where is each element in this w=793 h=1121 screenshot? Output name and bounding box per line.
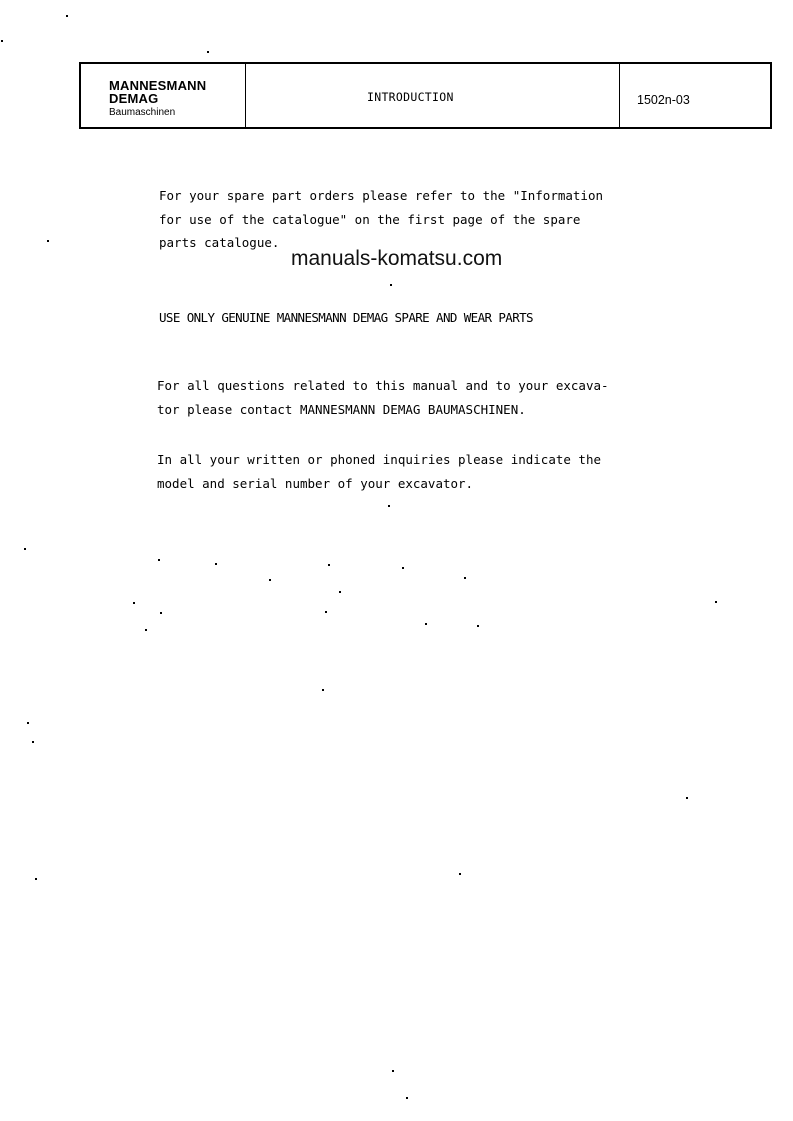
speck xyxy=(686,797,688,799)
text-line: For all questions related to this manual… xyxy=(157,378,609,393)
text-line: For your spare part orders please refer … xyxy=(159,188,603,203)
speck xyxy=(160,612,162,614)
text-line: USE ONLY GENUINE MANNESMANN DEMAG SPARE … xyxy=(159,310,533,325)
speck xyxy=(392,1070,394,1072)
code-cell: 1502n-03 xyxy=(620,64,770,127)
watermark: manuals-komatsu.com xyxy=(291,247,502,271)
title-cell: INTRODUCTION xyxy=(246,64,620,127)
speck xyxy=(322,689,324,691)
text-line: parts catalogue. xyxy=(159,235,279,250)
speck xyxy=(269,579,271,581)
speck xyxy=(464,577,466,579)
text-line: model and serial number of your excavato… xyxy=(157,476,473,491)
text-line: tor please contact MANNESMANN DEMAG BAUM… xyxy=(157,402,526,417)
document-header: MANNESMANN DEMAG Baumaschinen INTRODUCTI… xyxy=(79,62,772,129)
speck xyxy=(32,741,34,743)
text-line: for use of the catalogue" on the first p… xyxy=(159,212,580,227)
speck xyxy=(388,505,390,507)
speck xyxy=(215,563,217,565)
speck xyxy=(425,623,427,625)
speck xyxy=(145,629,147,631)
speck xyxy=(715,601,717,603)
speck xyxy=(477,625,479,627)
brand-subtitle: Baumaschinen xyxy=(109,107,175,118)
speck xyxy=(24,548,26,550)
paragraph-genuine-parts-notice: USE ONLY GENUINE MANNESMANN DEMAG SPARE … xyxy=(159,306,533,330)
document-code: 1502n-03 xyxy=(637,93,690,107)
page-title: INTRODUCTION xyxy=(367,90,454,104)
speck xyxy=(133,602,135,604)
speck xyxy=(1,40,3,42)
speck xyxy=(207,51,209,53)
brand-logo-cell: MANNESMANN DEMAG Baumaschinen xyxy=(81,64,246,127)
speck xyxy=(35,878,37,880)
paragraph-contact: For all questions related to this manual… xyxy=(157,374,609,421)
speck xyxy=(339,591,341,593)
speck xyxy=(328,564,330,566)
speck xyxy=(390,284,392,286)
speck xyxy=(406,1097,408,1099)
speck xyxy=(402,567,404,569)
paragraph-inquiries: In all your written or phoned inquiries … xyxy=(157,448,601,495)
speck xyxy=(158,559,160,561)
text-line: In all your written or phoned inquiries … xyxy=(157,452,601,467)
brand-name-line2: DEMAG xyxy=(109,92,158,105)
speck xyxy=(459,873,461,875)
paragraph-spare-part-orders: For your spare part orders please refer … xyxy=(159,184,603,255)
speck xyxy=(66,15,68,17)
speck xyxy=(47,240,49,242)
speck xyxy=(27,722,29,724)
speck xyxy=(325,611,327,613)
